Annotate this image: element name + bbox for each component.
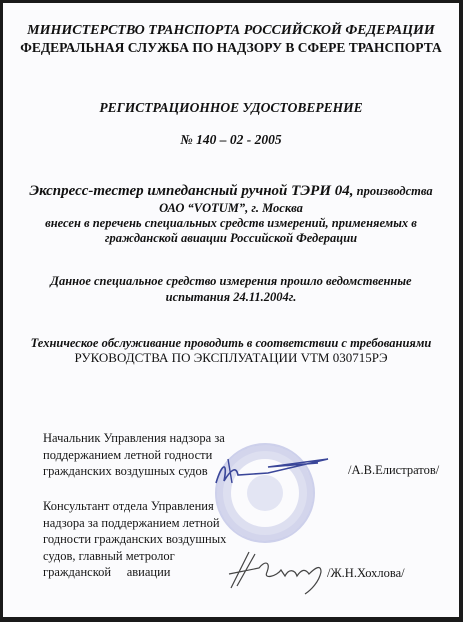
device-line-3: внесен в перечень специальных средств из… bbox=[3, 216, 459, 231]
position-line: поддержанием летной годности bbox=[43, 447, 225, 464]
position-line: судов, главный метролог bbox=[43, 548, 226, 565]
signature-1-icon bbox=[208, 453, 338, 493]
position-line: Начальник Управления надзора за bbox=[43, 430, 225, 447]
testing-line-2: испытания 24.11.2004г. bbox=[3, 290, 459, 305]
device-line-2: ОАО “VOTUM”, г. Москва bbox=[3, 201, 459, 216]
device-manufacturer-label: производства bbox=[354, 184, 433, 198]
signatory-1-name: /А.В.Елистратов/ bbox=[348, 463, 439, 478]
device-line-4: гражданской авиации Российской Федерации bbox=[3, 231, 459, 246]
signature-2-icon bbox=[225, 546, 335, 596]
position-line: надзора за поддержанием летной bbox=[43, 515, 226, 532]
device-line-1: Экспресс-тестер импедансный ручной ТЭРИ … bbox=[3, 183, 459, 200]
testing-line-1: Данное специальное средство измерения пр… bbox=[3, 274, 459, 289]
document-page: МИНИСТЕРСТВО ТРАНСПОРТА РОССИЙСКОЙ ФЕДЕР… bbox=[3, 3, 459, 617]
position-line: гражданских воздушных судов bbox=[43, 463, 225, 480]
maintenance-line-2: РУКОВОДСТВА ПО ЭКСПЛУАТАЦИИ VTM 030715РЭ bbox=[3, 350, 459, 366]
position-line: Консультант отдела Управления bbox=[43, 498, 226, 515]
signatory-2-position: Консультант отдела Управления надзора за… bbox=[43, 498, 226, 581]
position-line: годности гражданских воздушных bbox=[43, 531, 226, 548]
device-name: Экспресс-тестер импедансный ручной ТЭРИ … bbox=[29, 183, 353, 199]
maintenance-line-1: Техническое обслуживание проводить в соо… bbox=[3, 336, 459, 351]
certificate-number: № 140 – 02 - 2005 bbox=[3, 132, 459, 148]
position-line: гражданской авиации bbox=[43, 564, 226, 581]
ministry-heading: МИНИСТЕРСТВО ТРАНСПОРТА РОССИЙСКОЙ ФЕДЕР… bbox=[3, 23, 459, 39]
service-heading: ФЕДЕРАЛЬНАЯ СЛУЖБА ПО НАДЗОРУ В СФЕРЕ ТР… bbox=[3, 40, 459, 56]
signatory-1-position: Начальник Управления надзора за поддержа… bbox=[43, 430, 225, 480]
signatory-2-name: /Ж.Н.Хохлова/ bbox=[327, 566, 405, 581]
certificate-title: РЕГИСТРАЦИОННОЕ УДОСТОВЕРЕНИЕ bbox=[3, 100, 459, 116]
